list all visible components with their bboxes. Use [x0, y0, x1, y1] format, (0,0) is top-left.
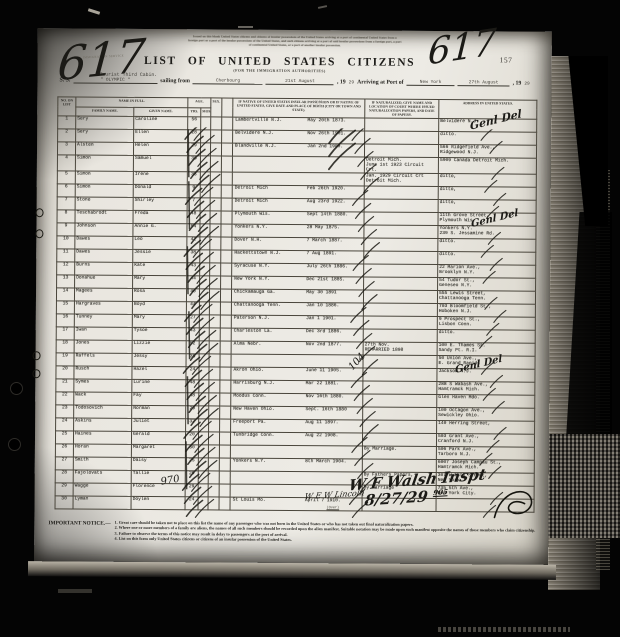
- given-name: Boyd: [132, 301, 186, 314]
- age-months: [199, 419, 209, 432]
- birth-cell: Freeport Pa.Aug 11 1897.: [231, 419, 363, 433]
- naturalization-cell: [363, 303, 437, 317]
- manifest-sheet: Issued on this blank United States citiz…: [34, 28, 552, 565]
- row-number: 5: [57, 171, 75, 184]
- family-name: Stone: [75, 197, 133, 210]
- birth-date: Sept. 16th 1880: [305, 407, 362, 412]
- birth-cell: New York N.Y.Dec 21st 1885.: [232, 276, 364, 290]
- family-name: Dawes: [75, 236, 133, 249]
- passenger-table: No. on List NAME IN FULL. AGE. Sex. IF N…: [55, 96, 538, 512]
- arriving-label: Arriving at Port of: [357, 79, 404, 85]
- given-name: Lizzie: [132, 340, 186, 353]
- birth-date: Dec 21st 1885.: [306, 277, 363, 282]
- marital-cell: [221, 263, 232, 276]
- birth-date: Nov 16th 1880.: [306, 394, 363, 399]
- illegible-footer-text: [438, 627, 570, 632]
- birth-cell: Chattanooga Tenn.Jan 10 1886.: [231, 302, 363, 316]
- given-name: Kate: [133, 262, 187, 275]
- birth-cell: St Louis Mo.April 7 1910.: [230, 497, 362, 511]
- birth-date: Jan 1 1901.: [306, 316, 363, 321]
- sex-cell: [208, 432, 219, 445]
- birth-cell: Lambertville N.J.May 20th 1873.: [233, 117, 365, 131]
- age-years: 54: [187, 224, 200, 237]
- given-name: Hazel: [132, 366, 186, 379]
- age-years: 38: [187, 250, 200, 263]
- row-number: 25: [55, 431, 73, 444]
- birth-cell: Detroit MichFeb 26th 1920.: [232, 185, 364, 199]
- row-number: 14: [56, 288, 74, 301]
- col-birth-info: IF NATIVE OF UNITED STATES INSULAR POSSE…: [233, 98, 365, 118]
- sex-cell: [209, 341, 220, 354]
- age-months: [199, 302, 209, 315]
- age-months: [200, 250, 210, 263]
- col-no-on-list: No. on List: [58, 97, 76, 116]
- sailing-year-value: 29: [349, 80, 354, 85]
- given-name: Rosa: [132, 288, 186, 301]
- naturalization-cell: [364, 264, 438, 278]
- birth-place: Detroit Mich: [233, 199, 307, 205]
- row-number: 23: [56, 405, 74, 418]
- family-name: Iwan: [74, 327, 132, 340]
- family-name: Lyman: [73, 496, 131, 509]
- marital-cell: [219, 445, 230, 458]
- birth-cell: [230, 471, 362, 485]
- age-months: [200, 224, 210, 237]
- naturalization-cell: [363, 316, 437, 330]
- address-cell: ditto.: [438, 239, 536, 253]
- given-name: Donald: [133, 184, 187, 197]
- col-age: AGE.: [188, 98, 211, 108]
- sex-cell: [210, 263, 221, 276]
- naturalization-cell: By Marriage.: [362, 446, 436, 460]
- naturalization-cell: [364, 225, 438, 239]
- age-months: [200, 237, 210, 250]
- check-circle-mark: [32, 369, 40, 378]
- address-cell: 703 Bloomfield St., Hoboken N.J.: [437, 304, 535, 318]
- birth-cell: [232, 156, 364, 173]
- given-name: Tysoe: [132, 327, 186, 340]
- row-number: 12: [57, 262, 75, 275]
- birth-place: Akron Ohio.: [231, 368, 305, 374]
- birth-cell: Tunbridge Conn.Aug 22 1908.: [230, 432, 362, 446]
- birth-cell: Syracuse N.Y.July 26th 1886.: [232, 263, 364, 277]
- age-years: 28: [188, 130, 201, 143]
- birth-place: Dover N.H.: [232, 238, 306, 244]
- marital-cell: [221, 185, 232, 198]
- family-name: Wack: [74, 392, 132, 405]
- check-circle-mark: [35, 229, 43, 238]
- row-number: 11: [57, 249, 75, 262]
- marital-cell: [221, 276, 232, 289]
- marital-cell: [219, 497, 230, 510]
- row-number: 10: [57, 236, 75, 249]
- notice-label: IMPORTANT NOTICE.—: [48, 519, 110, 541]
- given-name: Doylen: [131, 496, 185, 509]
- sex-cell: [210, 198, 221, 211]
- birth-date: May 30 1891: [306, 290, 363, 295]
- col-given-name: Given Name.: [134, 107, 188, 117]
- sex-cell: [208, 471, 219, 484]
- birth-place: [231, 472, 305, 473]
- row-number: 19: [56, 353, 74, 366]
- age-years: 42: [187, 237, 200, 250]
- row-number: 18: [56, 340, 74, 353]
- age-years: 52: [186, 341, 199, 354]
- punch-hole: [8, 438, 21, 451]
- given-name: Lurine: [132, 379, 186, 392]
- issuance-stamp-text: Issued on this blank United States citiz…: [142, 35, 448, 49]
- birth-date: 7 Aug 1891.: [307, 251, 364, 256]
- age-years: 43: [186, 328, 199, 341]
- naturalization-cell: [364, 277, 438, 291]
- sex-cell: [210, 237, 221, 250]
- family-name: Horan: [73, 444, 131, 457]
- manifest-photo: Issued on this blank United States citiz…: [0, 0, 620, 637]
- marital-cell: [220, 315, 231, 328]
- birth-date: Nov 2nd 1877.: [306, 342, 363, 347]
- naturalization-cell: [362, 433, 436, 447]
- year-label: , 19: [513, 81, 522, 87]
- given-name: Gerald: [131, 431, 185, 444]
- age-months: [199, 406, 209, 419]
- sex-cell: [210, 156, 221, 172]
- birth-cell: Detroit MichAug 23rd 1922.: [232, 198, 364, 212]
- address-cell: ditto,: [438, 187, 536, 201]
- birth-place: St Louis Mo.: [231, 498, 305, 504]
- family-name: Johnson: [75, 223, 133, 236]
- age-months: [200, 156, 210, 172]
- sex-cell: [208, 445, 219, 458]
- birth-place: Blandville N.J.: [233, 144, 307, 150]
- birth-cell: Alma Nebr.Nov 2nd 1877.: [231, 341, 363, 355]
- birth-date: Aug 22 1908.: [305, 433, 362, 438]
- sailing-date-field: 21st August: [266, 79, 334, 85]
- given-name: Fay: [132, 392, 186, 405]
- age-years: 48: [187, 211, 200, 224]
- age-years: 7: [187, 198, 200, 211]
- age-years: 27: [186, 315, 199, 328]
- birth-cell: Hackettstown N.J.7 Aug 1891.: [232, 250, 364, 264]
- marital-cell: [221, 156, 232, 172]
- age-months: [199, 341, 209, 354]
- birth-place: [231, 446, 305, 447]
- birth-date: 28 May 1875.: [307, 225, 364, 230]
- family-name: Askins: [74, 418, 132, 431]
- age-months: [199, 367, 209, 380]
- birth-place: New Haven Ohio.: [231, 407, 305, 413]
- marital-cell: [221, 172, 232, 185]
- given-name: Helen: [133, 142, 187, 155]
- sex-cell: [211, 117, 222, 130]
- sex-cell: [209, 354, 220, 367]
- sex-cell: [209, 419, 220, 432]
- address-cell: 566 Ridgefield Ave., Ridgewood N.J.: [438, 145, 536, 159]
- naturalization-cell: [365, 131, 439, 145]
- given-name: Irene: [133, 171, 187, 184]
- birth-place: Chattanooga Tenn.: [232, 303, 306, 309]
- birth-date: Dec 3rd 1886.: [306, 329, 363, 334]
- birth-cell: Blandville N.J.Jan 2nd 1900.: [232, 143, 364, 157]
- birth-date: Mar 22 1881.: [306, 381, 363, 386]
- family-name: Tunney: [74, 314, 132, 327]
- sex-cell: [210, 276, 221, 289]
- family-name: Wagge: [73, 483, 131, 496]
- address-cell: 9 Prospect St., Lisbon Conn.: [437, 317, 535, 331]
- row-number: 16: [56, 314, 74, 327]
- birth-cell: Dover N.H.7 March 1887.: [232, 237, 364, 251]
- row-number: 22: [56, 392, 74, 405]
- age-years: 35: [186, 354, 199, 367]
- ship-name-field: " OLYMPIC ": [73, 77, 157, 84]
- row-number: 29: [55, 483, 73, 496]
- sex-cell: [209, 367, 220, 380]
- birth-cell: Belvidere N.J.Nov 26th 1901.: [233, 130, 365, 144]
- age-months: [199, 393, 209, 406]
- sex-cell: [210, 185, 221, 198]
- port-of-departure-field: Cherbourg: [193, 78, 263, 84]
- year-label: , 19: [337, 79, 346, 85]
- row-number: 8: [57, 210, 75, 223]
- family-name: Teschabrodt: [75, 210, 133, 223]
- sex-cell: [210, 250, 221, 263]
- age-months: [200, 276, 210, 289]
- port-of-arrival-field: New York: [407, 80, 455, 86]
- birth-place: Alma Nebr.: [232, 342, 306, 348]
- naturalization-cell: [363, 407, 437, 421]
- marital-cell: [219, 458, 230, 471]
- birth-cell: Yonkers N.Y.28 May 1875.: [232, 224, 364, 238]
- sex-cell: [208, 458, 219, 471]
- birth-place: Paterson N.J.: [232, 316, 306, 322]
- marital-cell: [219, 484, 230, 497]
- col-age-yrs: Yrs.: [188, 107, 201, 117]
- naturalization-cell: [364, 186, 438, 200]
- address-cell: ditto.: [439, 132, 537, 146]
- age-months: [201, 130, 211, 143]
- age-years: 40: [186, 289, 199, 302]
- row-number: 7: [57, 197, 75, 210]
- birth-date: May 20th 1873.: [307, 118, 364, 123]
- birth-cell: Chickamauga Ga.May 30 1891: [231, 289, 363, 303]
- birth-place: Detroit Mich: [233, 186, 307, 192]
- row-number: 13: [57, 275, 75, 288]
- birth-date: Nov 26th 1901.: [307, 131, 364, 136]
- family-name: Fajolovats: [73, 470, 131, 483]
- marital-cell: [222, 117, 233, 130]
- sex-cell: [209, 380, 220, 393]
- family-name: Haines: [73, 431, 131, 444]
- family-name: Simon: [75, 171, 133, 184]
- age-years: 29: [186, 406, 199, 419]
- birth-place: Syracuse N.Y.: [232, 264, 306, 270]
- family-name: Raffels: [74, 353, 132, 366]
- given-name: Jessie: [133, 249, 187, 262]
- age-months: [200, 263, 210, 276]
- sex-cell: [211, 130, 222, 143]
- marital-cell: [220, 289, 231, 302]
- family-name: Simon: [75, 155, 133, 171]
- marital-cell: [222, 130, 233, 143]
- address-cell: ditto,: [438, 200, 536, 214]
- address-cell: 506 Park Ave., Tarboro N.J.: [436, 447, 534, 461]
- birth-date: Feb 26th 1920.: [307, 186, 364, 191]
- address-cell: 288 S Wabash Ave., Hamtramck Mich.: [437, 382, 535, 396]
- birth-cell: Charleston La.Dec 3rd 1886.: [231, 328, 363, 342]
- marital-cell: [221, 143, 232, 156]
- given-name: Jessy: [132, 353, 186, 366]
- naturalization-cell: [364, 212, 438, 226]
- naturalization-cell: 27th Nov. REMARRIED 1898: [363, 342, 437, 356]
- over-note: (Over): [327, 506, 340, 510]
- birth-date: Sept 14th 1880.: [307, 212, 364, 217]
- given-name: Juliet: [132, 418, 186, 431]
- given-name: Florence: [131, 483, 185, 496]
- birth-place: Yonkers N.Y.: [232, 225, 306, 231]
- marital-cell: [220, 419, 231, 432]
- address-cell: 54 Tudor St., Geneseo N.Y.: [438, 278, 536, 292]
- age-months: [198, 497, 208, 510]
- dust-speck: [238, 26, 253, 28]
- marital-cell: [220, 341, 231, 354]
- birth-date: July 26th 1886.: [306, 264, 363, 269]
- address-cell: ditto,: [438, 174, 536, 188]
- punch-hole: [10, 382, 23, 395]
- age-years: 44: [187, 276, 200, 289]
- age-years: 33: [187, 172, 200, 185]
- birth-cell: [232, 172, 364, 186]
- naturalization-cell: [363, 368, 437, 382]
- age-months: [200, 185, 210, 198]
- arrival-date-field: 27th August: [458, 80, 510, 86]
- marital-cell: [221, 250, 232, 263]
- given-name: Margaret: [131, 444, 185, 457]
- age-months: [200, 198, 210, 211]
- marital-cell: [220, 367, 231, 380]
- given-name: Freda: [133, 210, 187, 223]
- sex-cell: [208, 497, 219, 510]
- family-name: Alsten: [75, 142, 133, 155]
- birth-place: Chickamauga Ga.: [232, 290, 306, 296]
- binding-cloth-texture: [548, 434, 620, 538]
- row-number: 3: [57, 142, 75, 155]
- age-months: [199, 354, 209, 367]
- birth-cell: Plymouth Wis.Sept 14th 1880.: [232, 211, 364, 225]
- family-name: Symes: [74, 379, 132, 392]
- given-name: Mary: [132, 314, 186, 327]
- birth-cell: Paterson N.J.Jan 1 1901.: [231, 315, 363, 329]
- col-sex: Sex.: [211, 98, 222, 117]
- family-name: Sery: [76, 116, 134, 129]
- birth-date: Jan 10 1886.: [306, 303, 363, 308]
- row-number: 24: [56, 418, 74, 431]
- marital-cell: [220, 380, 231, 393]
- birth-place: Harrisburg N.J.: [231, 381, 305, 387]
- row-number: 6: [57, 184, 75, 197]
- col-marital: [222, 98, 233, 117]
- birth-place: Moodus Conn.: [231, 394, 305, 400]
- age-months: [198, 458, 208, 471]
- birth-cell: Moodus Conn.Nov 16th 1880.: [231, 393, 363, 407]
- age-months: [199, 315, 209, 328]
- check-circle-mark: [36, 208, 44, 217]
- row-number: 21: [56, 379, 74, 392]
- birth-place: Charleston La.: [232, 329, 306, 335]
- given-name: Caroline: [134, 116, 188, 129]
- birth-place: Freeport Pa.: [231, 420, 305, 426]
- birth-place: [233, 157, 307, 158]
- age-years: 20: [185, 432, 198, 445]
- family-name: Dawes: [75, 249, 133, 262]
- family-name: Todosovich: [74, 405, 132, 418]
- birth-place: [233, 173, 307, 174]
- birth-date: Aug 11 1897.: [305, 420, 362, 425]
- family-name: Smith: [73, 457, 131, 470]
- col-family-name: Family Name.: [76, 106, 134, 116]
- row-number: 9: [57, 223, 75, 236]
- sex-cell: [209, 315, 220, 328]
- dust-speck: [88, 8, 100, 15]
- birth-cell: Yonkers N.Y.8th March 1904.: [230, 458, 362, 472]
- birth-date: Aug 23rd 1922.: [307, 199, 364, 204]
- address-cell: 100 Octagon Ave., Sewickley Ohio.: [437, 408, 535, 422]
- sex-cell: [209, 406, 220, 419]
- birth-place: Plymouth Wis.: [233, 212, 307, 218]
- given-name: Mary: [133, 275, 187, 288]
- given-name: Annie G.: [133, 223, 187, 236]
- family-name: Magees: [74, 288, 132, 301]
- marital-cell: [220, 302, 231, 315]
- sailing-from-label: sailing from: [160, 78, 190, 84]
- age-months: [201, 117, 211, 130]
- age-years: 9: [187, 185, 200, 198]
- row-number: 30: [55, 496, 73, 509]
- sex-cell: [210, 172, 221, 185]
- address-cell: Glen Haven Mdo.: [437, 395, 535, 409]
- age-months: [198, 432, 208, 445]
- age-months: [200, 172, 210, 185]
- family-name: Jones: [74, 340, 132, 353]
- row-number: 2: [58, 129, 76, 142]
- age-years: 29: [185, 484, 198, 497]
- sex-cell: [210, 211, 221, 224]
- given-name: Leo: [133, 236, 187, 249]
- age-years: 43: [187, 263, 200, 276]
- naturalization-cell: [364, 238, 438, 252]
- family-name: Rusch: [74, 366, 132, 379]
- address-cell: 22 Marion Ave., Brooklyn N.Y.: [438, 265, 536, 279]
- given-name: Samuel: [133, 155, 187, 171]
- age-years: 32: [186, 419, 199, 432]
- important-notice: IMPORTANT NOTICE.— 1. Great care should …: [48, 519, 540, 544]
- naturalization-cell: [364, 144, 438, 158]
- marital-cell: [220, 393, 231, 406]
- birth-date: Jan 2nd 1900.: [307, 144, 364, 149]
- marital-cell: [219, 471, 230, 484]
- family-name: Hargraves: [74, 301, 132, 314]
- sex-cell: [210, 143, 221, 156]
- marital-cell: [220, 354, 231, 367]
- age-months: [200, 211, 210, 224]
- table-body: 1 Sery Caroline 56 Lambertville N.J.May …: [55, 116, 537, 512]
- age-months: [199, 380, 209, 393]
- age-years: 29: [187, 143, 200, 156]
- marital-cell: [220, 406, 231, 419]
- birth-place: [231, 485, 305, 486]
- address-cell: ditto.: [438, 252, 536, 266]
- passenger-row: 30 Lyman Doylen 24 St Louis Mo.April 7 1…: [55, 496, 534, 512]
- address-cell: ditto.: [437, 330, 535, 344]
- birth-place: [232, 355, 306, 356]
